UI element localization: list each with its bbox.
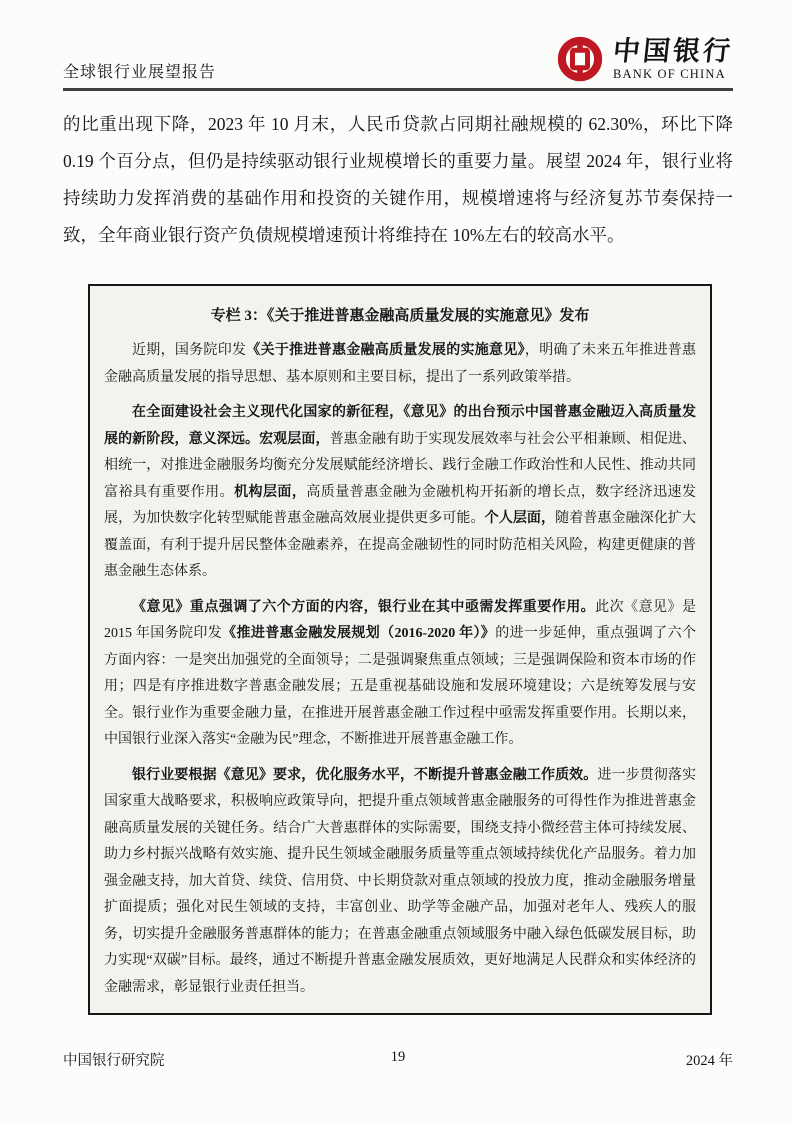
page-content: 的比重出现下降，2023 年 10 月末，人民币贷款占同期社融规模的 62.30… <box>63 106 733 1015</box>
column-box-paragraph: 近期，国务院印发《关于推进普惠金融高质量发展的实施意见》，明确了未来五年推进普惠… <box>104 338 696 391</box>
text-run: 的进一步延伸，重点强调了六个方面内容：一是突出加强党的全面领导；二是强调聚焦重点… <box>104 626 696 747</box>
text-run: 个人层面， <box>485 511 556 526</box>
logo-english-name: BANK OF CHINA <box>613 68 733 81</box>
text-run: 宏观层面， <box>259 432 330 447</box>
logo-wordmark: 中国银行 BANK OF CHINA <box>613 38 733 81</box>
report-series-title: 全球银行业展望报告 <box>63 59 216 82</box>
text-run: 机构层面， <box>234 485 306 500</box>
page-header: 全球银行业展望报告 中国银行 BANK OF CHINA <box>63 26 733 84</box>
text-run: 银行业要根据《意见》要求，优化服务水平，不断提升普惠金融工作质效。 <box>132 768 597 783</box>
column-box-title: 专栏 3：《关于推进普惠金融高质量发展的实施意见》发布 <box>104 304 696 325</box>
boc-coin-icon <box>555 34 605 84</box>
column-box-paragraph: 银行业要根据《意见》要求，优化服务水平，不断提升普惠金融工作质效。进一步贯彻落实… <box>104 763 696 1002</box>
column-box-paragraph: 在全面建设社会主义现代化国家的新征程，《意见》的出台预示中国普惠金融迈入高质量发… <box>104 400 696 586</box>
column-box: 专栏 3：《关于推进普惠金融高质量发展的实施意见》发布 近期，国务院印发《关于推… <box>88 284 712 1015</box>
logo-chinese-name: 中国银行 <box>612 38 735 65</box>
text-run: 近期，国务院印发 <box>132 343 246 358</box>
bank-of-china-logo: 中国银行 BANK OF CHINA <box>555 34 733 84</box>
text-run: 《推进普惠金融发展规划（2016-2020 年）》 <box>222 626 495 641</box>
text-run: 进一步贯彻落实国家重大战略要求，积极响应政策导向，把提升重点领域普惠金融服务的可… <box>104 768 696 995</box>
header-divider <box>63 88 733 91</box>
text-run: 《关于推进普惠金融高质量发展的实施意见》 <box>246 343 525 358</box>
body-paragraph: 的比重出现下降，2023 年 10 月末，人民币贷款占同期社融规模的 62.30… <box>63 106 733 254</box>
text-run: 《意见》重点强调了六个方面的内容，银行业在其中亟需发挥重要作用。 <box>132 600 595 615</box>
report-page: 全球银行业展望报告 中国银行 BANK OF CHINA 的比重出现下降，202… <box>0 0 793 1122</box>
footer-page-number: 19 <box>63 1049 733 1066</box>
column-box-paragraph: 《意见》重点强调了六个方面的内容，银行业在其中亟需发挥重要作用。此次《意见》是 … <box>104 595 696 754</box>
page-footer: 中国银行研究院 19 2024 年 <box>63 1049 733 1070</box>
column-box-body: 近期，国务院印发《关于推进普惠金融高质量发展的实施意见》，明确了未来五年推进普惠… <box>104 338 696 1001</box>
